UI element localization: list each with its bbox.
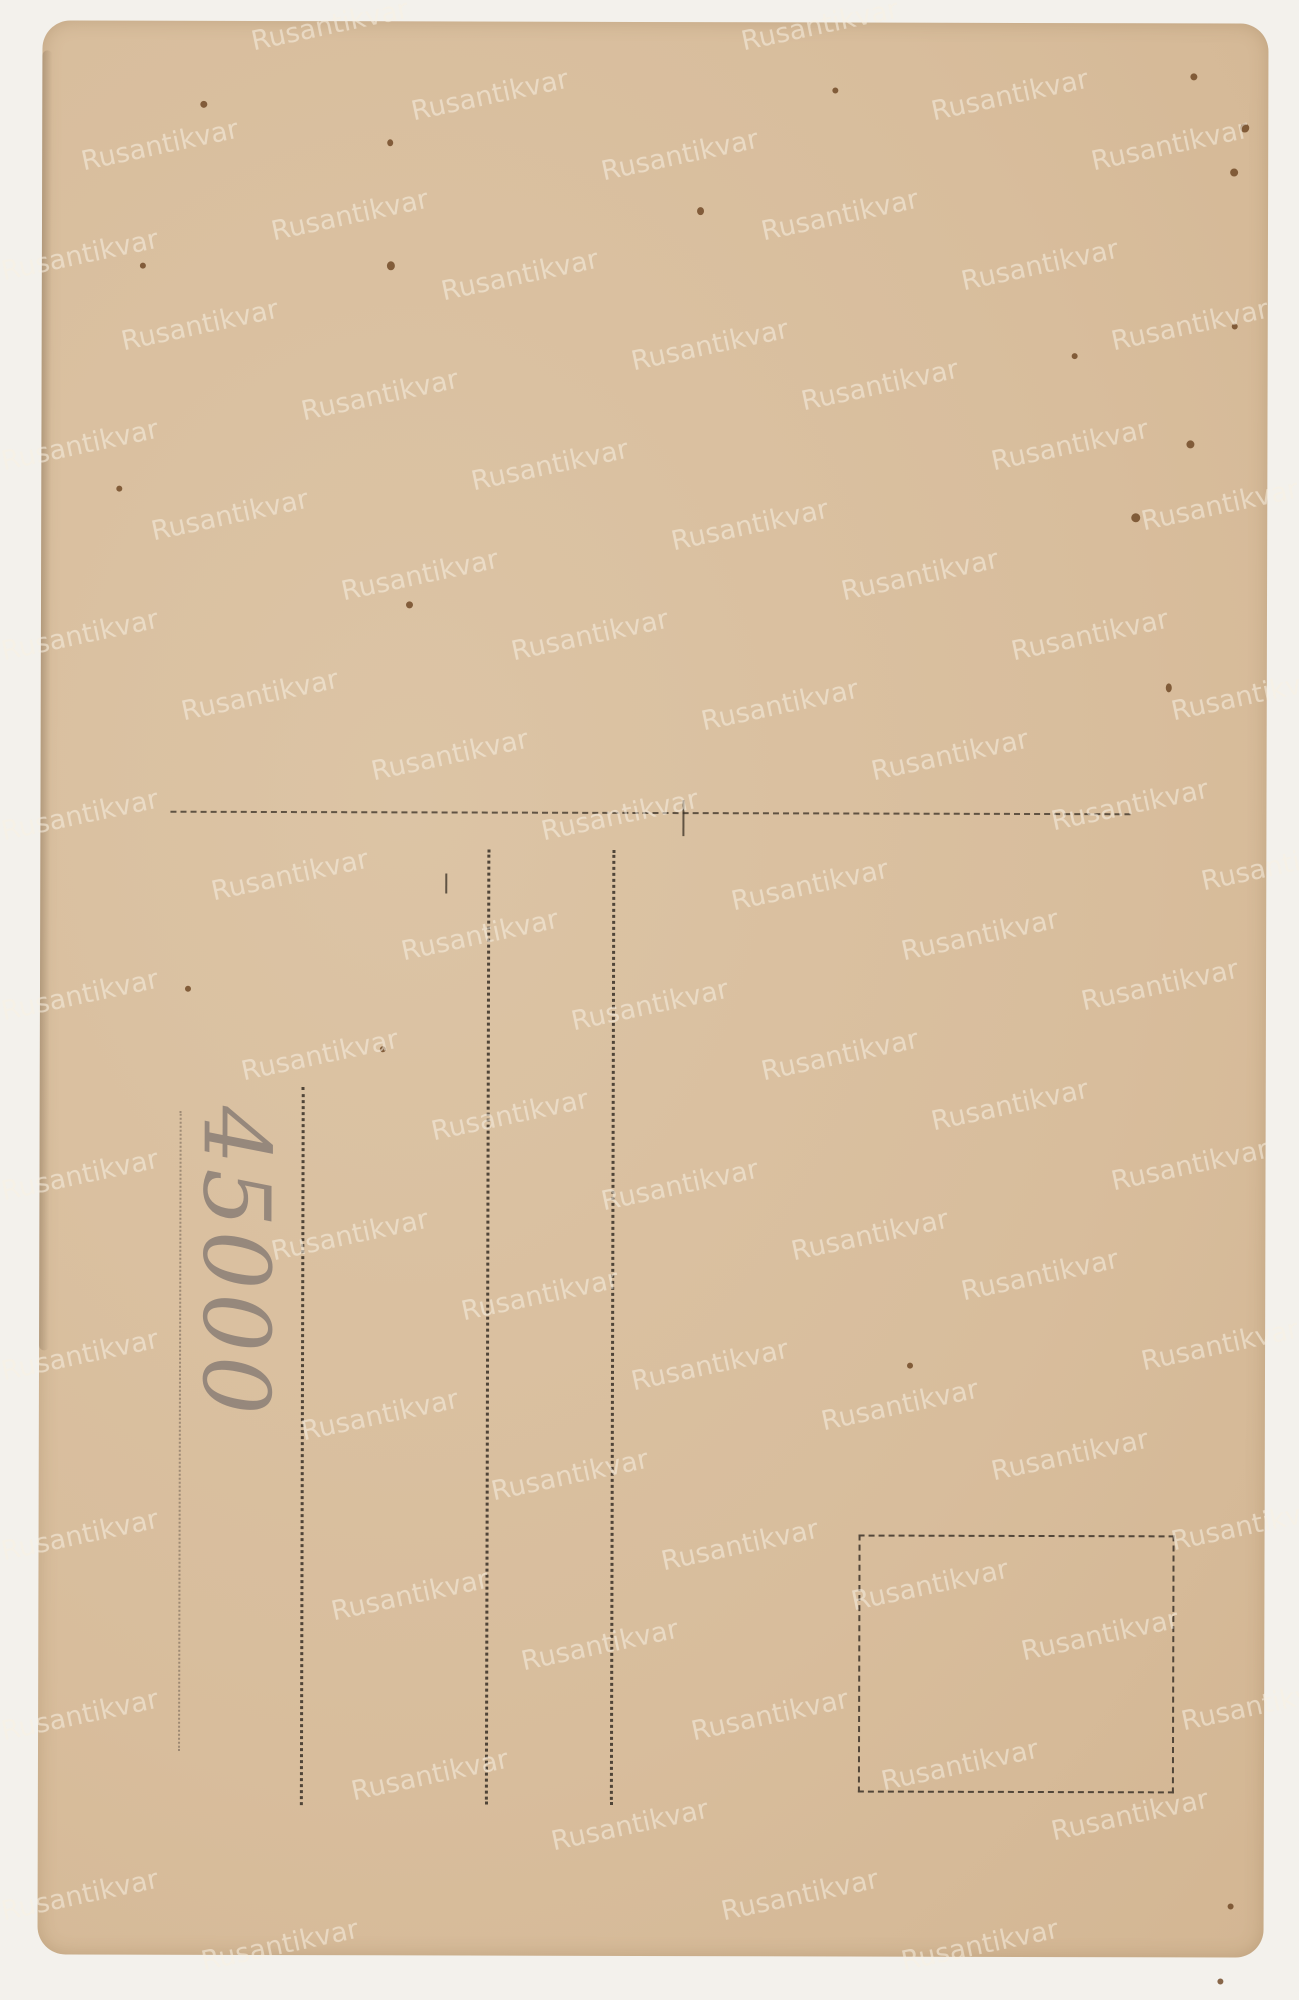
- foxing-spot: [140, 263, 146, 269]
- divider-cross-tick: [682, 800, 684, 836]
- foxing-spot: [1072, 353, 1078, 359]
- horizontal-divider-line: [170, 811, 1130, 816]
- writing-line-2: [485, 850, 491, 1805]
- writing-line-1: [300, 1087, 305, 1805]
- foxing-spot: [387, 261, 395, 270]
- foxing-spot: [1186, 440, 1194, 448]
- foxing-spot: [380, 1046, 386, 1052]
- writing-line-3: [610, 850, 616, 1805]
- foxing-spot: [1131, 513, 1140, 522]
- foxing-spot: [1217, 1978, 1223, 1984]
- stamp-box: [858, 1535, 1175, 1794]
- small-mark: [445, 873, 447, 893]
- foxing-spot: [1240, 124, 1249, 133]
- foxing-spot: [185, 986, 191, 992]
- foxing-spot: [1190, 73, 1197, 80]
- pencil-inventory-number: 45000: [182, 1106, 290, 1419]
- foxing-spot: [1232, 324, 1238, 330]
- postcard-back: 45000: [37, 20, 1268, 1957]
- foxing-spot: [200, 101, 207, 108]
- foxing-spot: [116, 486, 122, 492]
- foxing-spot: [1230, 169, 1238, 177]
- foxing-spot: [1166, 683, 1172, 692]
- foxing-spot: [387, 139, 393, 146]
- faint-pencil-line: [178, 1111, 182, 1751]
- foxing-spot: [406, 601, 413, 608]
- foxing-spot: [907, 1363, 913, 1369]
- foxing-spot: [832, 87, 838, 93]
- foxing-spot: [697, 207, 704, 215]
- foxing-spot: [1228, 1904, 1234, 1910]
